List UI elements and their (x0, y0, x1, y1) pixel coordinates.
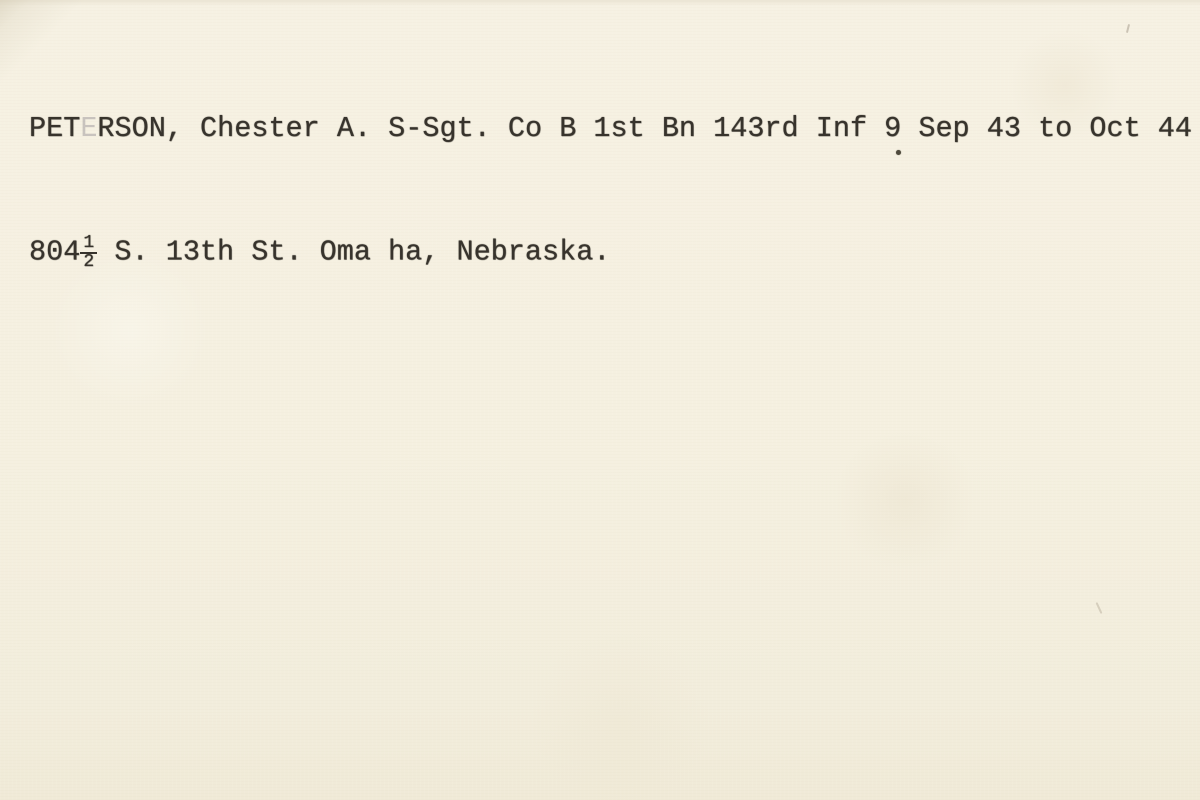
fraction-denominator: 2 (80, 254, 97, 270)
half-fraction: 12 (80, 236, 97, 271)
card-line-name-unit: PETERSON, Chester A. S-Sgt. Co B 1st Bn … (29, 109, 1192, 149)
paper-edge-shadow (0, 0, 1200, 6)
typed-text-block: PETERSON, Chester A. S-Sgt. Co B 1st Bn … (29, 29, 1192, 352)
card-line-address: 80412 S. 13th St. Oma ha, Nebraska. (29, 229, 1192, 272)
surname-faded-letter: E (80, 112, 97, 145)
paper-fiber-mark (1096, 602, 1103, 614)
street-city-state: S. 13th St. Oma ha, Nebraska. (97, 235, 610, 268)
surname-pre: PET (29, 112, 80, 145)
house-number: 804 (29, 235, 80, 268)
index-card: PETERSON, Chester A. S-Sgt. Co B 1st Bn … (0, 0, 1200, 800)
ink-speck (896, 150, 901, 155)
name-rank-unit-dates: RSON, Chester A. S-Sgt. Co B 1st Bn 143r… (97, 112, 1192, 145)
